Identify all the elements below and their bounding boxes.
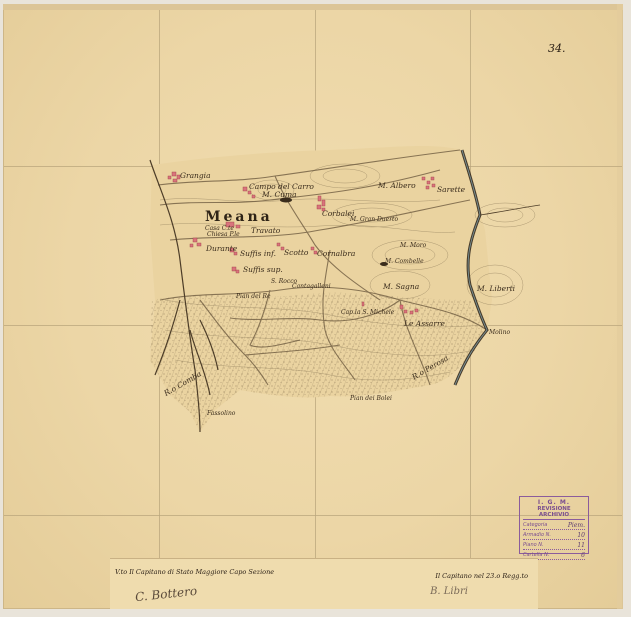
left-signature: C. Bottero [134, 584, 197, 604]
place-label: Fassolino [207, 411, 235, 417]
left-caption: V.to Il Capitano di Stato Maggiore Capo … [115, 568, 274, 576]
place-label: M. Cuma [262, 191, 297, 199]
signature-strip: V.to Il Capitano di Stato Maggiore Capo … [110, 558, 538, 610]
place-label: M. Albero [378, 182, 416, 190]
right-caption: Il Capitano nel 23.o Regg.to [435, 572, 528, 580]
stamp-row-piano: Piano N. 11 [523, 542, 585, 550]
stamp-row-armadio: Armadio N. 10 [523, 532, 585, 540]
place-label: M. Gran Duerto [350, 217, 398, 223]
place-label: Le Assarre [404, 320, 445, 328]
place-label: Pian dei Bolei [350, 396, 392, 402]
stamp-value: 11 [577, 542, 585, 549]
stamp-value: 10 [577, 532, 585, 539]
place-label: Molino [489, 330, 510, 336]
place-label: Durante [206, 245, 237, 253]
archive-stamp: I. G. M. REVISIONE ARCHIVIO Categoria Pi… [519, 496, 589, 554]
right-signature: B. Libri [430, 586, 468, 597]
place-label: M. Moro [400, 243, 426, 249]
place-label: M. Liberti [477, 285, 515, 293]
stamp-value: 6 [581, 552, 585, 559]
place-label: Sarette [437, 186, 465, 194]
place-label: Pian del Re [236, 294, 271, 300]
stamp-subtitle: REVISIONE ARCHIVIO [523, 506, 585, 520]
place-label: M. Combelle [385, 259, 424, 265]
place-label: Cantagalleni [292, 284, 331, 290]
place-label: Travato [251, 227, 280, 235]
place-label: M. Sagna [383, 283, 419, 291]
stamp-label: Armadio N. [523, 532, 551, 539]
place-label: Chiesa P.le [207, 232, 240, 238]
stamp-value: Piem. [568, 522, 585, 529]
stamp-row-categoria: Categoria Piem. [523, 522, 585, 530]
folio-number: 34. [548, 42, 566, 55]
place-label: Suffis inf. [240, 250, 276, 258]
stamp-label: Categoria [523, 522, 547, 529]
stamp-title: I. G. M. [523, 499, 585, 506]
stamp-label: Piano N. [523, 542, 544, 549]
map-title-meana: Meana [205, 210, 273, 224]
place-label: Cap.la S. Michele [341, 310, 394, 316]
place-label: Cornalbra [317, 250, 355, 258]
place-label: Scotto [284, 249, 308, 257]
place-label: Grangia [180, 172, 211, 180]
scan-margin [0, 609, 631, 617]
place-label: Suffis sup. [243, 266, 283, 274]
